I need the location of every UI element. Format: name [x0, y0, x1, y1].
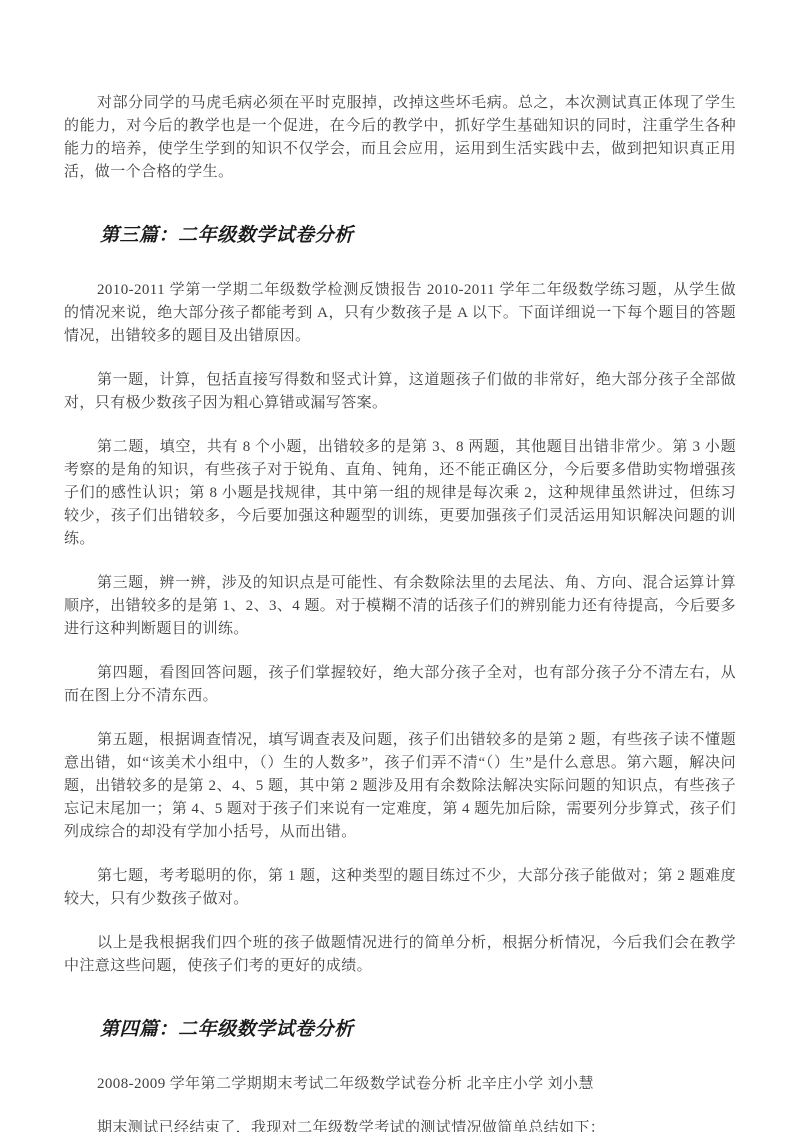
- paragraph-part4-title-line: 2008-2009 学年第二学期期末考试二年级数学试卷分析 北辛庄小学 刘小慧: [64, 1073, 736, 1096]
- section-heading-part3: 第三篇：二年级数学试卷分析: [100, 224, 736, 248]
- paragraph-conclusion: 以上是我根据我们四个班的孩子做题情况进行的简单分析，根据分析情况，今后我们会在教…: [64, 932, 736, 978]
- section-heading-part4: 第四篇：二年级数学试卷分析: [100, 1018, 736, 1042]
- paragraph-question-5-6: 第五题，根据调查情况，填写调查表及问题，孩子们出错较多的是第 2 题，有些孩子读…: [64, 729, 736, 844]
- paragraph-question-4: 第四题，看图回答问题，孩子们掌握较好，绝大部分孩子全对，也有部分孩子分不清左右，…: [64, 662, 736, 708]
- paragraph-question-2: 第二题，填空，共有 8 个小题，出错较多的是第 3、8 两题，其他题目出错非常少…: [64, 436, 736, 551]
- paragraph-summary-habits: 对部分同学的马虎毛病必须在平时克服掉，改掉这些坏毛病。总之，本次测试真正体现了学…: [64, 92, 736, 184]
- document-page: 对部分同学的马虎毛病必须在平时克服掉，改掉这些坏毛病。总之，本次测试真正体现了学…: [0, 0, 800, 1132]
- paragraph-question-3: 第三题，辨一辨，涉及的知识点是可能性、有余数除法里的去尾法、角、方向、混合运算计…: [64, 572, 736, 641]
- paragraph-part4-intro: 期末测试已经结束了，我现对二年级数学考试的测试情况做简单总结如下：: [64, 1117, 736, 1132]
- paragraph-question-1: 第一题，计算，包括直接写得数和竖式计算，这道题孩子们做的非常好，绝大部分孩子全部…: [64, 369, 736, 415]
- paragraph-report-intro: 2010-2011 学第一学期二年级数学检测反馈报告 2010-2011 学年二…: [64, 279, 736, 348]
- paragraph-question-7: 第七题，考考聪明的你，第 1 题，这种类型的题目练过不少，大部分孩子能做对；第 …: [64, 865, 736, 911]
